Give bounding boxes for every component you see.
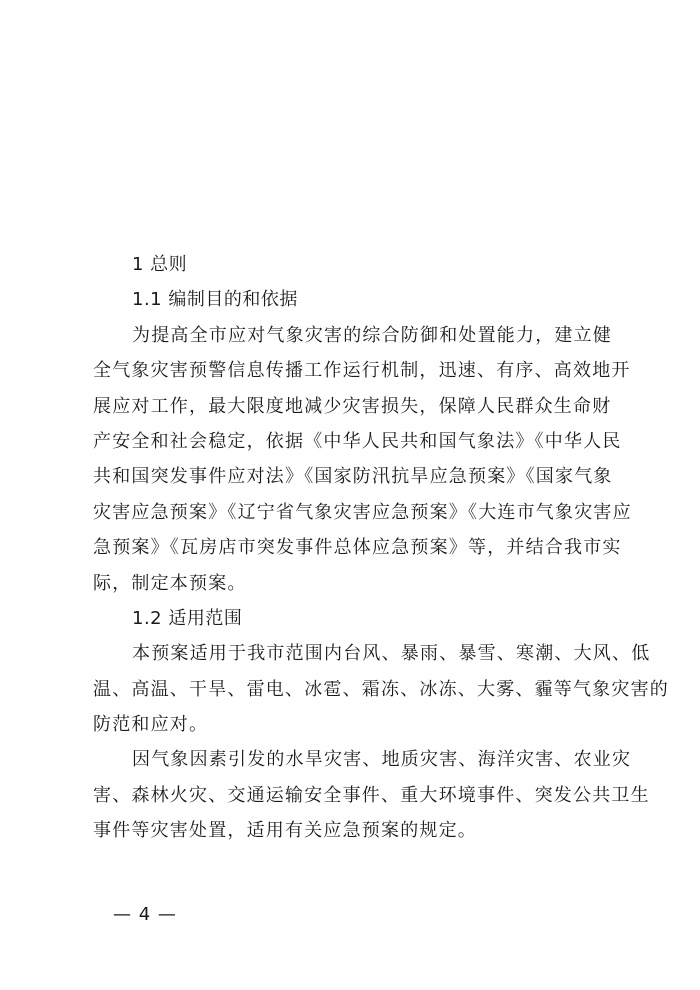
paragraph-line: 防范和应对。 [93,707,615,742]
paragraph-line: 因气象因素引发的水旱灾害、地质灾害、海洋灾害、农业灾 [93,742,615,777]
paragraph-line: 事件等灾害处置，适用有关应急预案的规定。 [93,813,615,848]
paragraph-exclusions: 因气象因素引发的水旱灾害、地质灾害、海洋灾害、农业灾 害、森林火灾、交通运输安全… [93,742,615,848]
paragraph-line: 急预案》《瓦房店市突发事件总体应急预案》等，并结合我市实 [93,530,615,565]
section-heading-1-1: 1.1 编制目的和依据 [93,282,615,317]
paragraph-purpose: 为提高全市应对气象灾害的综合防御和处置能力，建立健 全气象灾害预警信息传播工作运… [93,318,615,601]
paragraph-scope: 本预案适用于我市范围内台风、暴雨、暴雪、寒潮、大风、低 温、高温、干旱、雷电、冰… [93,636,615,742]
section-heading-1-2: 1.2 适用范围 [93,601,615,636]
document-body: 1 总则 1.1 编制目的和依据 为提高全市应对气象灾害的综合防御和处置能力，建… [93,247,615,849]
paragraph-line: 温、高温、干旱、雷电、冰雹、霜冻、冰冻、大雾、霾等气象灾害的 [93,672,615,707]
paragraph-line: 产安全和社会稳定，依据《中华人民共和国气象法》《中华人民 [93,424,615,459]
section-heading-1: 1 总则 [93,247,615,282]
paragraph-line: 展应对工作，最大限度地减少灾害损失，保障人民群众生命财 [93,389,615,424]
paragraph-line: 际，制定本预案。 [93,566,615,601]
page-number: — 4 — [113,903,177,927]
document-page: 1 总则 1.1 编制目的和依据 为提高全市应对气象灾害的综合防御和处置能力，建… [0,0,700,990]
paragraph-line: 灾害应急预案》《辽宁省气象灾害应急预案》《大连市气象灾害应 [93,495,615,530]
paragraph-line: 全气象灾害预警信息传播工作运行机制，迅速、有序、高效地开 [93,353,615,388]
paragraph-line: 为提高全市应对气象灾害的综合防御和处置能力，建立健 [93,318,615,353]
paragraph-line: 共和国突发事件应对法》《国家防汛抗旱应急预案》《国家气象 [93,459,615,494]
paragraph-line: 本预案适用于我市范围内台风、暴雨、暴雪、寒潮、大风、低 [93,636,615,671]
paragraph-line: 害、森林火灾、交通运输安全事件、重大环境事件、突发公共卫生 [93,778,615,813]
